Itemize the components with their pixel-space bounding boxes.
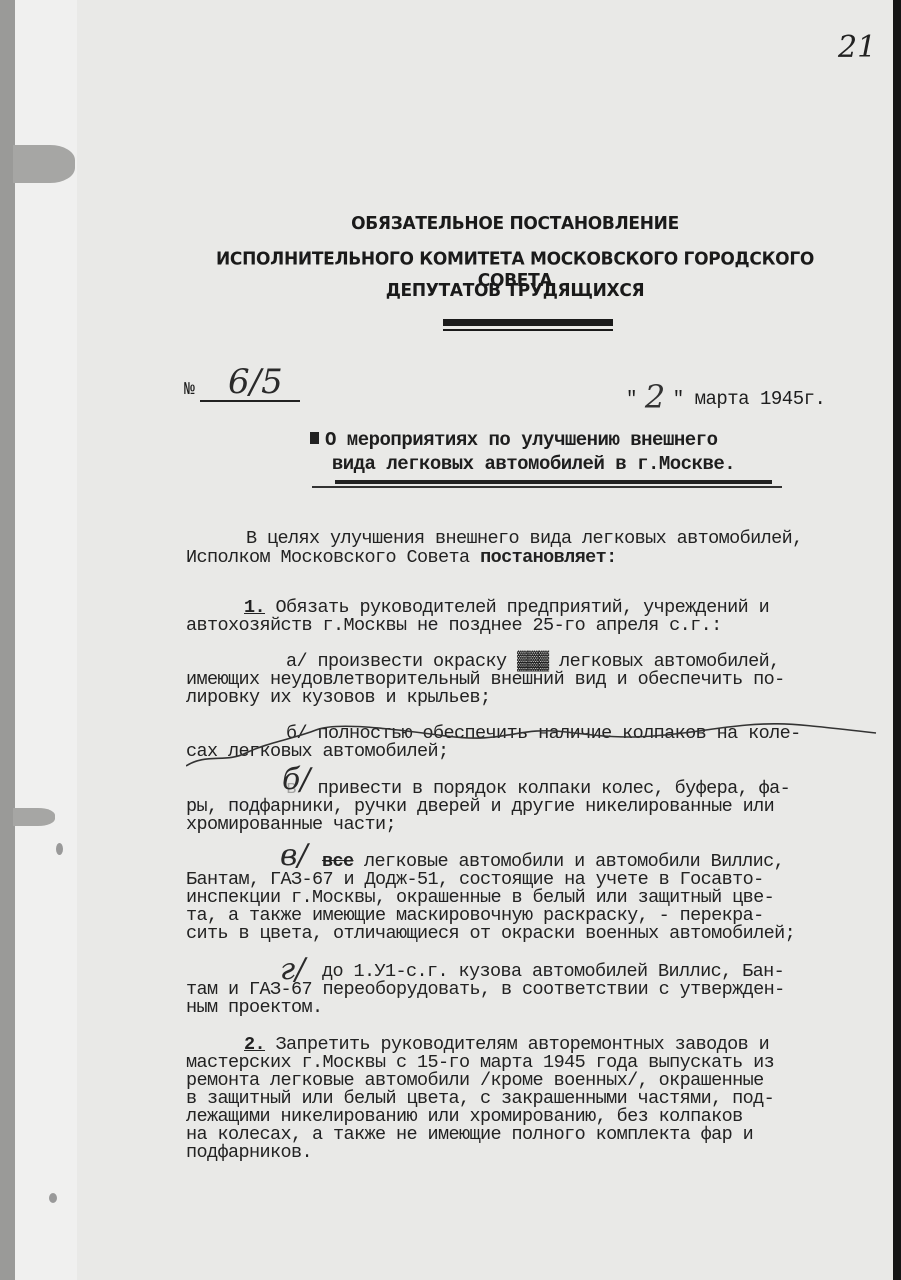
paper-tear — [13, 145, 75, 183]
subitem-d-line-3: ным проектом. — [186, 999, 323, 1017]
document-date: "2" марта 1945г. — [626, 378, 825, 416]
subject-rule — [335, 480, 772, 484]
subitem-v-line-3: хромированные части; — [186, 816, 396, 834]
preamble-text: Исполком Московского Совета — [186, 547, 480, 568]
item-2-line-7: подфарников. — [186, 1144, 312, 1162]
header-rule — [443, 319, 613, 326]
preamble-decree: постановляет: — [480, 547, 617, 568]
scan-edge-left — [0, 0, 15, 1280]
document-number: 6/5 — [228, 362, 283, 402]
number-underline — [200, 400, 300, 402]
date-quote-close: " — [673, 388, 684, 410]
date-quote-open: " — [626, 388, 637, 410]
underlying-sheet — [15, 0, 77, 1280]
strikeout-scribble — [186, 718, 886, 768]
number-label: № — [184, 380, 195, 400]
paper-speck — [56, 843, 63, 855]
header-line-3: ДЕПУТАТОВ ТРУДЯЩИХСЯ — [180, 281, 850, 302]
date-day: 2 — [645, 378, 665, 416]
bullet-mark — [310, 432, 319, 444]
subitem-a-line-3: лировку их кузовов и крыльев; — [186, 689, 491, 707]
date-month-year: марта 1945г. — [695, 388, 826, 410]
item-1-line-2: автохозяйств г.Москвы не позднее 25-го а… — [186, 617, 722, 635]
subject-line-2: вида легковых автомобилей в г.Москве. — [332, 453, 735, 475]
paper-tear — [13, 808, 55, 826]
handwritten-correction-v: в/ — [280, 838, 308, 873]
subject: О мероприятиях по улучшению внешнего вид… — [310, 428, 735, 476]
subject-rule-thin — [312, 486, 782, 488]
paper-speck — [49, 1193, 57, 1203]
subitem-c-line-5: сить в цвета, отличающиеся от окраски во… — [186, 925, 795, 943]
subject-line-1: О мероприятиях по улучшению внешнего — [325, 429, 717, 451]
scan-edge-right — [893, 0, 901, 1280]
header-rule-thin — [443, 329, 613, 331]
folio-number: 21 — [838, 30, 876, 65]
header-line-1: ОБЯЗАТЕЛЬНОЕ ПОСТАНОВЛЕНИЕ — [180, 214, 850, 235]
preamble-line-1: В целях улучшения внешнего вида легковых… — [246, 530, 803, 548]
preamble-line-2: Исполком Московского Совета постановляет… — [186, 549, 617, 567]
